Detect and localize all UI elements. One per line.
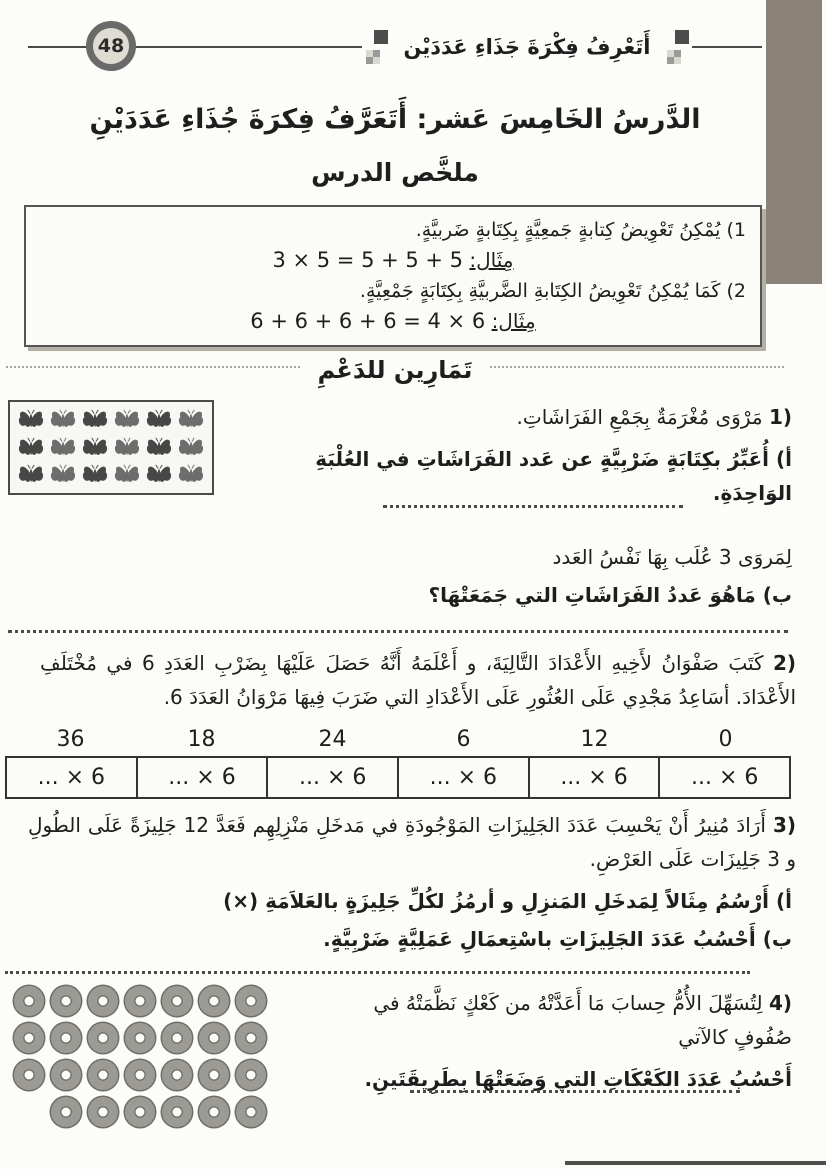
cookie-icon [199,1023,229,1053]
exercise-4-intro: 4) لِتُسَهِّلَ الأُمُّ حِسابَ مَا أَعَدَ… [322,986,792,1054]
exercise-1: 1) مَرْوَى مُغْرَمَةٌ بِجَمْعِ الفَرَاشَ… [232,400,792,518]
cookie-icon [199,1097,229,1127]
cookie-icon [14,1060,44,1090]
cookie-row [14,1023,266,1053]
butterfly-icon [16,463,46,487]
example-2-equation: 6 + 6 + 6 + 6 = 4 × 6 [250,309,485,333]
answer-cell: ... × 6 [136,758,267,797]
checker-squares-icon [667,30,689,64]
butterfly-row [16,436,206,460]
exercise-1-note: لِمَروَى 3 عُلَب بِهَا نَفْسُ العَدد [232,540,792,574]
answer-cell: ... × 6 [528,758,659,797]
cookie-icon [88,986,118,1016]
product-number: 0 [660,727,791,752]
cookie-icon [125,1060,155,1090]
cookie-icon [14,986,44,1016]
cookie-icon [88,1097,118,1127]
cookie-icon [88,1060,118,1090]
exercise-2-answer-table: ... × 6... × 6... × 6... × 6... × 6... ×… [5,756,791,799]
butterfly-icon [48,436,78,460]
butterfly-icon [144,436,174,460]
butterfly-icon [144,408,174,432]
cookie-row [14,986,266,1016]
butterfly-icon [16,436,46,460]
binding-strip [766,0,822,284]
product-number: 24 [267,727,398,752]
product-number: 18 [136,727,267,752]
butterfly-icon [112,463,142,487]
scan-artifact-line [565,1161,826,1165]
answer-cell: ... × 6 [266,758,397,797]
exercise-3-text: أَرَادَ مُنِيرُ أَنْ يَحْسِبَ عَدَدَ الج… [28,813,796,871]
answer-line-1b [8,630,788,633]
cookie-icon [236,1097,266,1127]
exercise-2: 2) كَتَبَ صَفْوَانُ لأَخِيهِ الأَعْدَادَ… [40,646,796,714]
cookie-icon [51,1060,81,1090]
cookie-icon [236,1023,266,1053]
butterfly-icon [80,463,110,487]
cookie-icon [88,1023,118,1053]
lesson-subtitle: ملخَّص الدرس [10,158,780,187]
butterfly-icon [80,436,110,460]
cookie-icon [14,1023,44,1053]
cookie-icon [199,986,229,1016]
worksheet-page: 48 أَتَعْرِفُ فِكْرَةَ جَذَاءِ عَدَدَيْن… [0,0,826,1169]
cookie-icon [162,986,192,1016]
section-heading: تَمَارِين للدَعْمِ [300,356,491,384]
exercise-4: 4) لِتُسَهِّلَ الأُمُّ حِسابَ مَا أَعَدَ… [322,986,792,1104]
exercise-4-number: 4) [769,986,792,1020]
exercise-1-question-b: ب) مَاهُوَ عَددُ الفَرَاشَاتِ التي جَمَع… [232,578,792,612]
cookie-icon [51,986,81,1016]
lesson-title: الدَّرسُ الخَامِسَ عَشر: أَتَعَرَّفُ فِك… [10,104,780,135]
exercise-1-intro-text: مَرْوَى مُغْرَمَةٌ بِجَمْعِ الفَرَاشَاتِ… [517,405,763,429]
product-number: 36 [5,727,136,752]
exercise-1-question-a: أ) أُعَبِّرُ بكِتَابَةٍ ضَرْبِيَّةٍ عن ع… [232,442,792,510]
cookie-icon [51,1023,81,1053]
exercise-3-number: 3) [773,808,796,842]
exercise-1-intro: 1) مَرْوَى مُغْرَمَةٌ بِجَمْعِ الفَرَاشَ… [232,400,792,434]
butterfly-icon [112,408,142,432]
exercise-3: 3) أَرَادَ مُنِيرُ أَنْ يَحْسِبَ عَدَدَ … [28,808,796,876]
header-title-group: أَتَعْرِفُ فِكْرَةَ جَذَاءِ عَدَدَيْن [362,24,692,70]
summary-rule-2: 2) كَمَا يُمْكِنُ تَعْوِيضُ الكِتَابةِ ا… [40,280,746,302]
butterfly-icon [80,408,110,432]
summary-example-2: مِثَال: 6 + 6 + 6 + 6 = 4 × 6 [40,309,746,333]
butterfly-icon [144,463,174,487]
cookie-icon [199,1060,229,1090]
cookie-icon [162,1023,192,1053]
butterfly-icon [176,408,206,432]
cookie-icon [125,1023,155,1053]
butterfly-icon [48,463,78,487]
exercise-4-text: لِتُسَهِّلَ الأُمُّ حِسابَ مَا أَعَدَّتْ… [373,991,792,1049]
cookie-icon [162,1060,192,1090]
exercise-3-question-a: أ) أَرْسُمُ مِثَالاً لِمَدخَلِ المَنزِلِ… [52,884,792,918]
cookie-icon [51,1097,81,1127]
exercise-3-question-b: ب) أَحْسُبُ عَدَدَ الجَلِيزَاتِ باسْتِعم… [52,922,792,956]
answer-cell: ... × 6 [397,758,528,797]
answer-line-4 [410,1090,740,1093]
checker-squares-icon [366,30,388,64]
butterfly-icon [176,436,206,460]
exercise-2-answer-grid: 3618246120 ... × 6... × 6... × 6... × 6.… [5,727,791,799]
example-label: مِثَال: [492,309,536,333]
cookie-icon [236,986,266,1016]
product-number: 12 [529,727,660,752]
butterfly-icon [176,463,206,487]
butterfly-icon [16,408,46,432]
butterfly-row [16,463,206,487]
page-number-badge: 48 [86,21,136,71]
product-number: 6 [398,727,529,752]
answer-line-1a [383,505,683,508]
page-number: 48 [98,35,124,57]
exercise-2-numbers-row: 3618246120 [5,727,791,752]
exercise-2-number: 2) [773,646,796,680]
butterfly-row [16,408,206,432]
butterfly-icon [112,436,142,460]
example-label: مِثَال: [469,248,513,272]
answer-cell: ... × 6 [7,758,136,797]
cookie-icon [162,1097,192,1127]
header-title: أَتَعْرِفُ فِكْرَةَ جَذَاءِ عَدَدَيْن [404,35,651,59]
butterfly-icon [48,408,78,432]
lesson-summary-box: 1) يُمْكِنُ تَعْوِيضُ كِتابةٍ جَمعِيَّةٍ… [24,205,762,347]
support-exercises-section: تَمَارِين للدَعْمِ [0,354,790,400]
cookie-icon [125,1097,155,1127]
cookie-icon [125,986,155,1016]
answer-line-3 [5,971,750,974]
cookie-row [51,1097,266,1127]
summary-example-1: مِثَال: 3 × 5 = 5 + 5 + 5 [40,248,746,272]
cookie-icon [236,1060,266,1090]
cookie-row [14,1060,266,1090]
answer-cell: ... × 6 [658,758,789,797]
butterfly-grid-image [8,400,214,495]
example-1-equation: 3 × 5 = 5 + 5 + 5 [272,248,463,272]
exercise-2-text: كَتَبَ صَفْوَانُ لأَخِيهِ الأَعْدَادَ ال… [40,651,796,709]
cookie-grid-image [14,986,266,1127]
exercise-1-number: 1) [769,400,792,434]
summary-rule-1: 1) يُمْكِنُ تَعْوِيضُ كِتابةٍ جَمعِيَّةٍ… [40,219,746,241]
